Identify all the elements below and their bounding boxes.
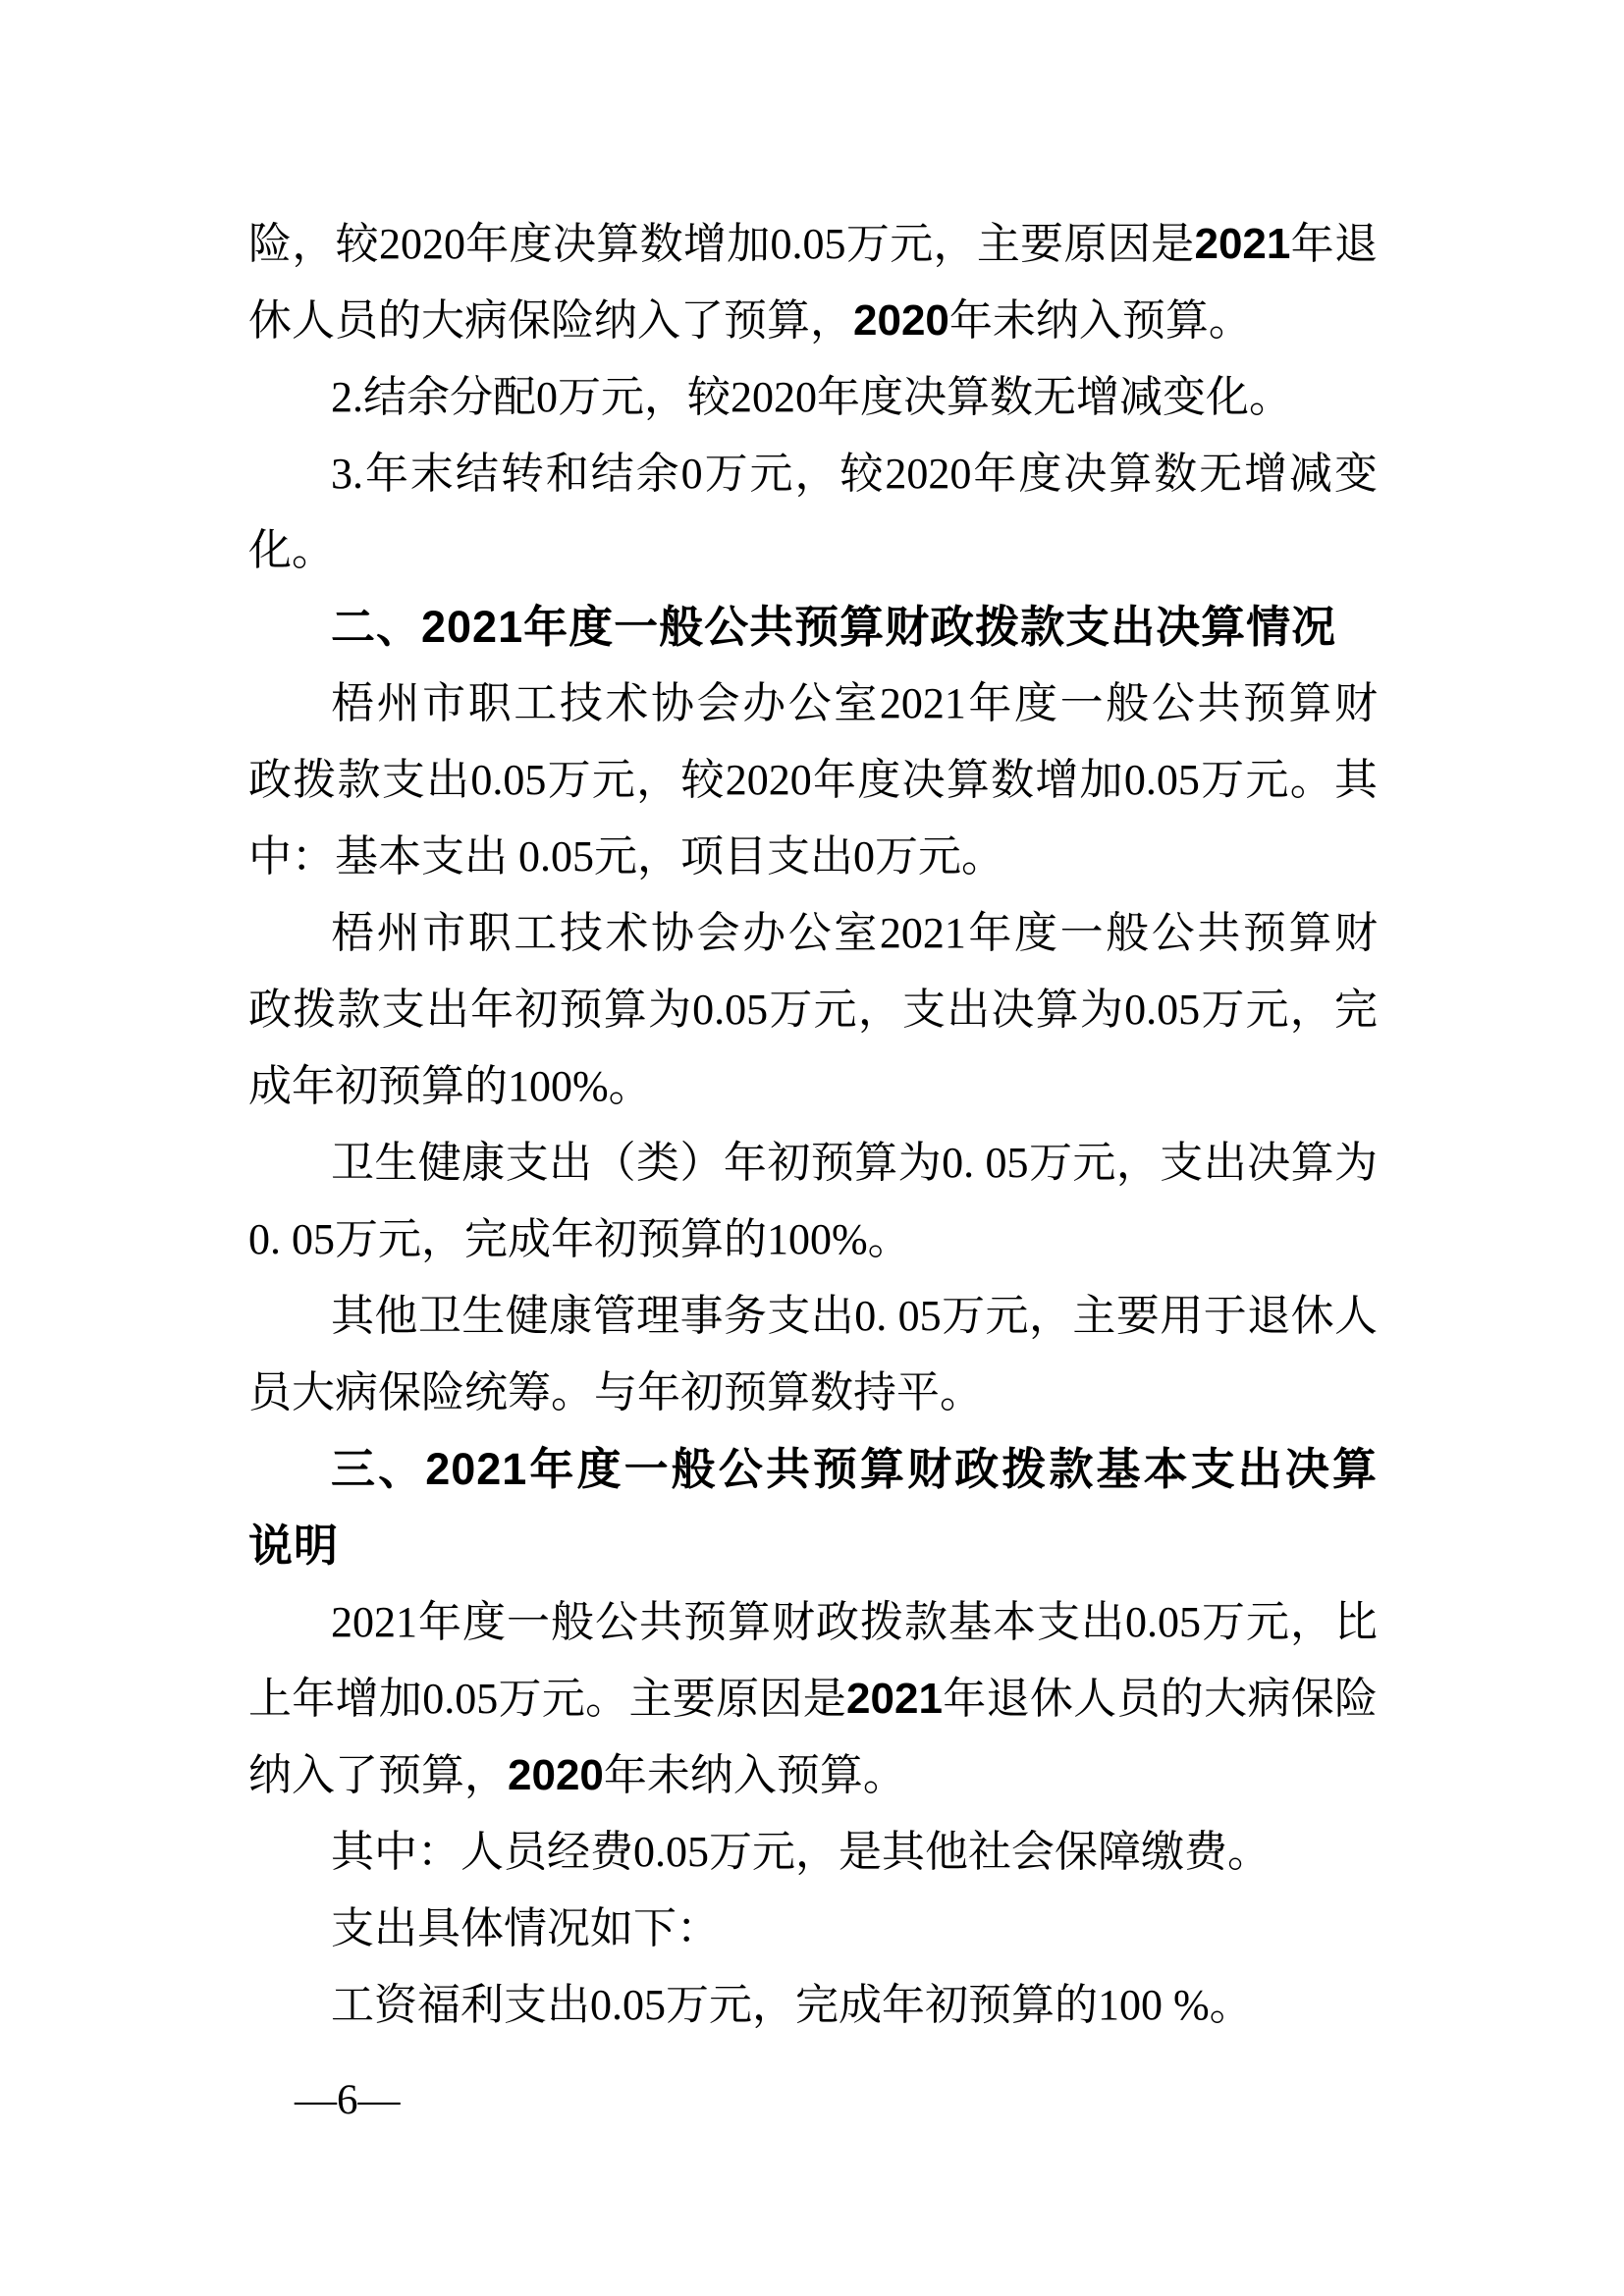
- text-line: 中：基本支出 0.05元，项目支出0万元。: [248, 819, 1378, 895]
- text-line: 2.结余分配0万元，较2020年度决算数无增减变化。: [248, 359, 1378, 436]
- text-segment: 梧州市职工技术协会办公室2021年度一般公共预算财: [331, 679, 1378, 727]
- text-segment: 政拨款支出年初预算为0.05万元，支出决算为0.05万元，完: [248, 986, 1378, 1034]
- text-line: 工资福利支出0.05万元，完成年初预算的100 %。: [248, 1967, 1378, 2044]
- text-segment: 卫生健康支出（类）年初预算为0. 05万元，支出决算为: [331, 1139, 1378, 1187]
- text-line: 梧州市职工技术协会办公室2021年度一般公共预算财: [248, 666, 1378, 742]
- text-line: 纳入了预算，2020年未纳入预算。: [248, 1737, 1378, 1814]
- text-segment: 休人员的大病保险纳入了预算，: [248, 296, 853, 345]
- bold-year-segment: 2021: [846, 1675, 943, 1723]
- text-line: 其他卫生健康管理事务支出0. 05万元，主要用于退休人: [248, 1278, 1378, 1355]
- text-segment: 三、2021年度一般公共预算财政拨款基本支出决算情况: [331, 1444, 1378, 1508]
- text-line: 卫生健康支出（类）年初预算为0. 05万元，支出决算为: [248, 1125, 1378, 1201]
- heading-line: 说明: [248, 1508, 1378, 1584]
- text-segment: 成年初预算的100%。: [248, 1062, 652, 1110]
- bold-year-segment: 2020: [853, 296, 949, 345]
- text-segment: 0. 05万元，完成年初预算的100%。: [248, 1215, 911, 1263]
- heading-line: 三、2021年度一般公共预算财政拨款基本支出决算情况: [248, 1431, 1378, 1508]
- text-line: 上年增加0.05万元。主要原因是2021年退休人员的大病保险: [248, 1661, 1378, 1737]
- text-line: 梧州市职工技术协会办公室2021年度一般公共预算财: [248, 895, 1378, 972]
- page-footer: —6—: [295, 2071, 401, 2130]
- text-segment: 纳入了预算，: [248, 1751, 508, 1799]
- text-line: 政拨款支出年初预算为0.05万元，支出决算为0.05万元，完: [248, 972, 1378, 1048]
- text-line: 政拨款支出0.05万元，较2020年度决算数增加0.05万元。其: [248, 742, 1378, 819]
- heading-line: 二、2021年度一般公共预算财政拨款支出决算情况: [248, 589, 1378, 666]
- text-segment: 年未纳入预算。: [949, 296, 1252, 345]
- bold-year-segment: 2020: [508, 1751, 604, 1799]
- text-line: 员大病保险统筹。与年初预算数持平。: [248, 1355, 1378, 1431]
- text-segment: 年未纳入预算。: [604, 1751, 906, 1799]
- document-body: 险，较2020年度决算数增加0.05万元，主要原因是2021年退休人员的大病保险…: [248, 206, 1378, 2044]
- document-page: 险，较2020年度决算数增加0.05万元，主要原因是2021年退休人员的大病保险…: [0, 0, 1624, 2296]
- page-number: —6—: [295, 2077, 401, 2123]
- text-segment: 其他卫生健康管理事务支出0. 05万元，主要用于退休人: [331, 1292, 1378, 1340]
- text-segment: 政拨款支出0.05万元，较2020年度决算数增加0.05万元。其: [248, 756, 1378, 804]
- text-segment: 二、2021年度一般公共预算财政拨款支出决算情况: [331, 602, 1336, 652]
- text-line: 3.年末结转和结余0万元，较2020年度决算数无增减变: [248, 436, 1378, 512]
- text-line: 成年初预算的100%。: [248, 1048, 1378, 1125]
- text-segment: 支出具体情况如下：: [331, 1904, 720, 1952]
- text-line: 险，较2020年度决算数增加0.05万元，主要原因是2021年退: [248, 206, 1378, 283]
- text-segment: 梧州市职工技术协会办公室2021年度一般公共预算财: [331, 909, 1378, 957]
- text-line: 支出具体情况如下：: [248, 1891, 1378, 1967]
- text-segment: 中：基本支出 0.05元，项目支出0万元。: [248, 832, 1004, 881]
- text-segment: 上年增加0.05万元。主要原因是: [248, 1675, 846, 1723]
- text-segment: 化。: [248, 526, 335, 574]
- text-segment: 年退休人员的大病保险: [943, 1675, 1378, 1723]
- text-line: 0. 05万元，完成年初预算的100%。: [248, 1201, 1378, 1278]
- text-segment: 员大病保险统筹。与年初预算数持平。: [248, 1368, 983, 1416]
- text-line: 其中：人员经费0.05万元，是其他社会保障缴费。: [248, 1814, 1378, 1891]
- text-segment: 2021年度一般公共预算财政拨款基本支出0.05万元，比: [331, 1598, 1378, 1646]
- text-segment: 险，较2020年度决算数增加0.05万元，主要原因是: [248, 220, 1194, 268]
- text-segment: 工资福利支出0.05万元，完成年初预算的100 %。: [331, 1981, 1253, 2029]
- bold-year-segment: 2021: [1194, 220, 1290, 268]
- text-segment: 年退: [1290, 220, 1378, 268]
- text-segment: 2.结余分配0万元，较2020年度决算数无增减变化。: [331, 373, 1292, 421]
- text-segment: 说明: [248, 1521, 339, 1571]
- text-line: 2021年度一般公共预算财政拨款基本支出0.05万元，比: [248, 1584, 1378, 1661]
- text-segment: 3.年末结转和结余0万元，较2020年度决算数无增减变: [331, 450, 1378, 498]
- text-segment: 其中：人员经费0.05万元，是其他社会保障缴费。: [331, 1828, 1271, 1876]
- text-line: 化。: [248, 512, 1378, 589]
- text-line: 休人员的大病保险纳入了预算，2020年未纳入预算。: [248, 283, 1378, 359]
